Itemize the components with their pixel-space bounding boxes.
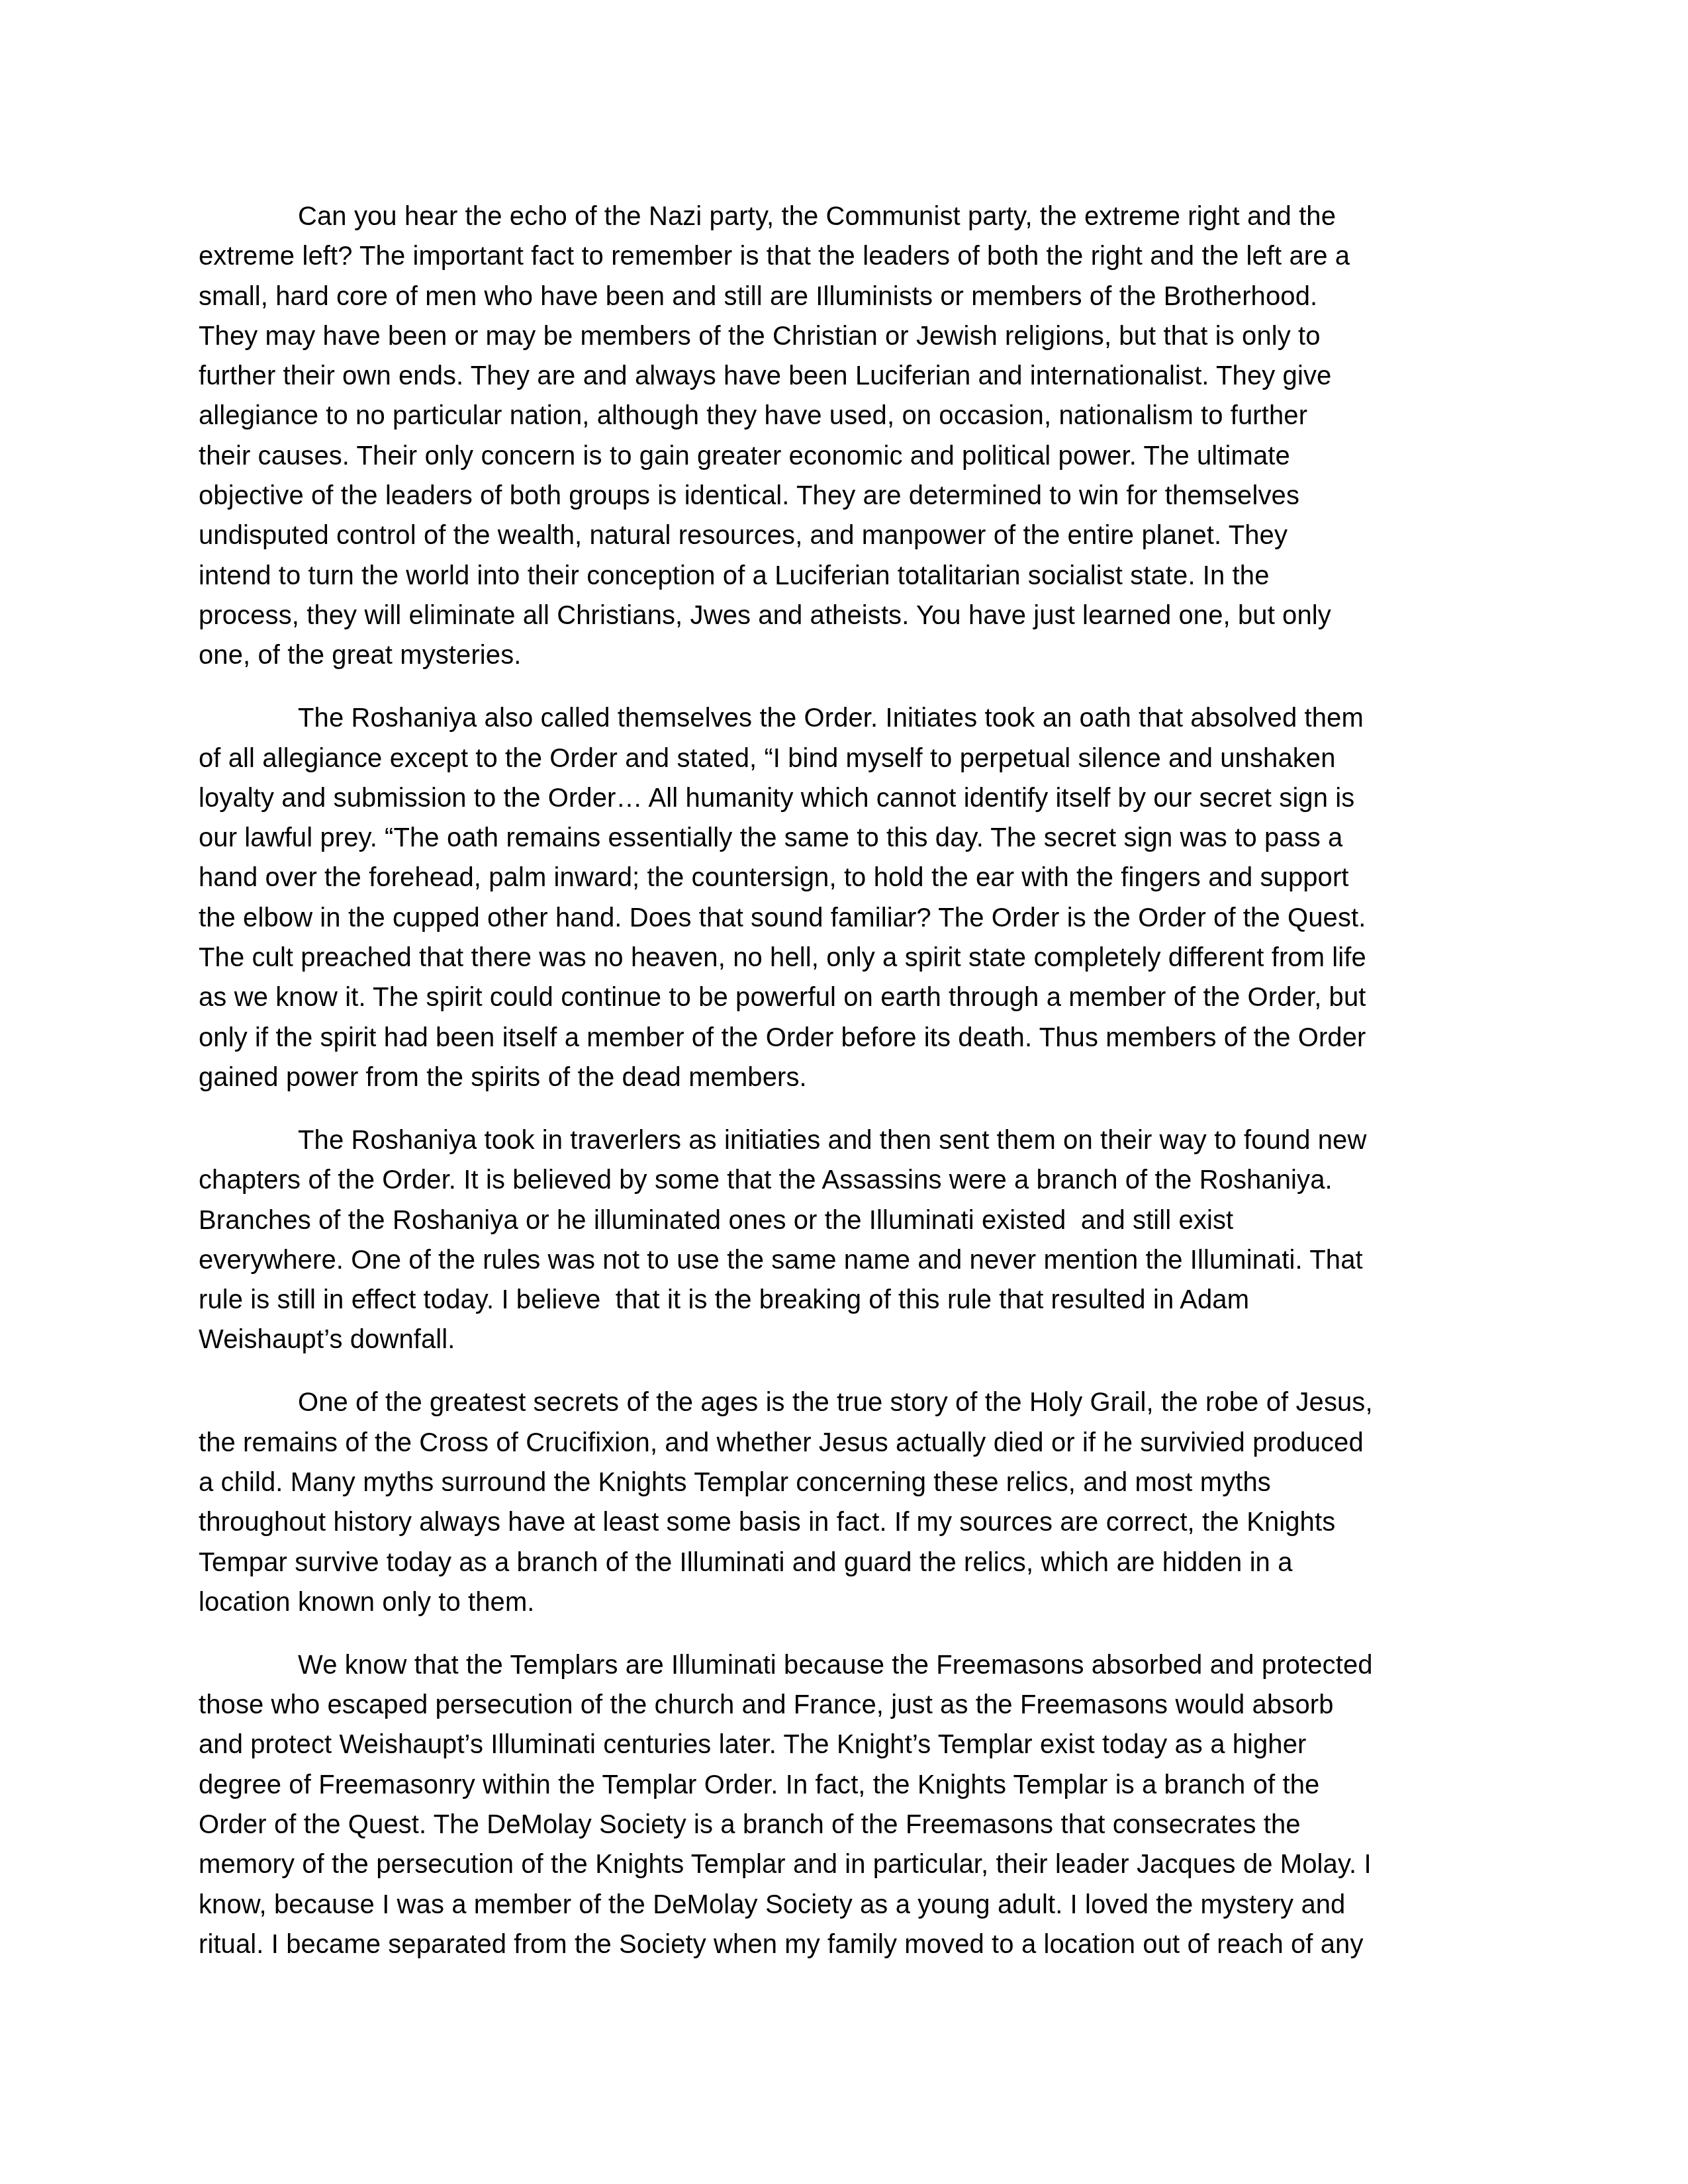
text-line: know, because I was a member of the DeMo…: [199, 1885, 1489, 1925]
paragraph-5: We know that the Templars are Illuminati…: [199, 1645, 1489, 1964]
paragraph-4: One of the greatest secrets of the ages …: [199, 1383, 1489, 1622]
text-line: their causes. Their only concern is to g…: [199, 436, 1489, 476]
text-line: Can you hear the echo of the Nazi party,…: [199, 197, 1489, 236]
text-line: a child. Many myths surround the Knights…: [199, 1463, 1489, 1502]
text-line: location known only to them.: [199, 1582, 1489, 1622]
text-line: as we know it. The spirit could continue…: [199, 978, 1489, 1017]
text-line: degree of Freemasonry within the Templar…: [199, 1765, 1489, 1805]
text-line: intend to turn the world into their conc…: [199, 556, 1489, 596]
text-line: hand over the forehead, palm inward; the…: [199, 858, 1489, 897]
text-line: of all allegiance except to the Order an…: [199, 739, 1489, 778]
text-line: One of the greatest secrets of the ages …: [199, 1383, 1489, 1422]
text-line: small, hard core of men who have been an…: [199, 277, 1489, 316]
text-line: ritual. I became separated from the Soci…: [199, 1925, 1489, 1964]
text-line: process, they will eliminate all Christi…: [199, 596, 1489, 635]
text-line: those who escaped persecution of the chu…: [199, 1685, 1489, 1725]
text-line: rule is still in effect today. I believe…: [199, 1280, 1489, 1320]
text-line: everywhere. One of the rules was not to …: [199, 1240, 1489, 1280]
paragraph-1: Can you hear the echo of the Nazi party,…: [199, 197, 1489, 676]
text-line: throughout history always have at least …: [199, 1502, 1489, 1542]
text-line: and protect Weishaupt’s Illuminati centu…: [199, 1725, 1489, 1764]
text-line: They may have been or may be members of …: [199, 316, 1489, 356]
text-line: allegiance to no particular nation, alth…: [199, 396, 1489, 435]
text-line: Weishaupt’s downfall.: [199, 1320, 1489, 1359]
text-line: objective of the leaders of both groups …: [199, 476, 1489, 516]
text-line: one, of the great mysteries.: [199, 635, 1489, 675]
text-line: only if the spirit had been itself a mem…: [199, 1018, 1489, 1058]
document-body: Can you hear the echo of the Nazi party,…: [199, 197, 1489, 1964]
text-line: gained power from the spirits of the dea…: [199, 1058, 1489, 1097]
text-line: undisputed control of the wealth, natura…: [199, 516, 1489, 555]
text-line: The Roshaniya took in traverlers as init…: [199, 1120, 1489, 1160]
text-line: chapters of the Order. It is believed by…: [199, 1160, 1489, 1200]
text-line: We know that the Templars are Illuminati…: [199, 1645, 1489, 1685]
text-line: the elbow in the cupped other hand. Does…: [199, 898, 1489, 938]
text-line: loyalty and submission to the Order… All…: [199, 778, 1489, 818]
text-line: The cult preached that there was no heav…: [199, 938, 1489, 978]
paragraph-3: The Roshaniya took in traverlers as init…: [199, 1120, 1489, 1360]
text-line: Order of the Quest. The DeMolay Society …: [199, 1805, 1489, 1844]
text-line: The Roshaniya also called themselves the…: [199, 698, 1489, 738]
text-line: the remains of the Cross of Crucifixion,…: [199, 1423, 1489, 1463]
document-page: Can you hear the echo of the Nazi party,…: [0, 0, 1688, 2184]
text-line: our lawful prey. “The oath remains essen…: [199, 818, 1489, 858]
text-line: further their own ends. They are and alw…: [199, 356, 1489, 396]
text-line: extreme left? The important fact to reme…: [199, 236, 1489, 276]
paragraph-2: The Roshaniya also called themselves the…: [199, 698, 1489, 1097]
text-line: Tempar survive today as a branch of the …: [199, 1543, 1489, 1582]
text-line: memory of the persecution of the Knights…: [199, 1844, 1489, 1884]
text-line: Branches of the Roshaniya or he illumina…: [199, 1201, 1489, 1240]
